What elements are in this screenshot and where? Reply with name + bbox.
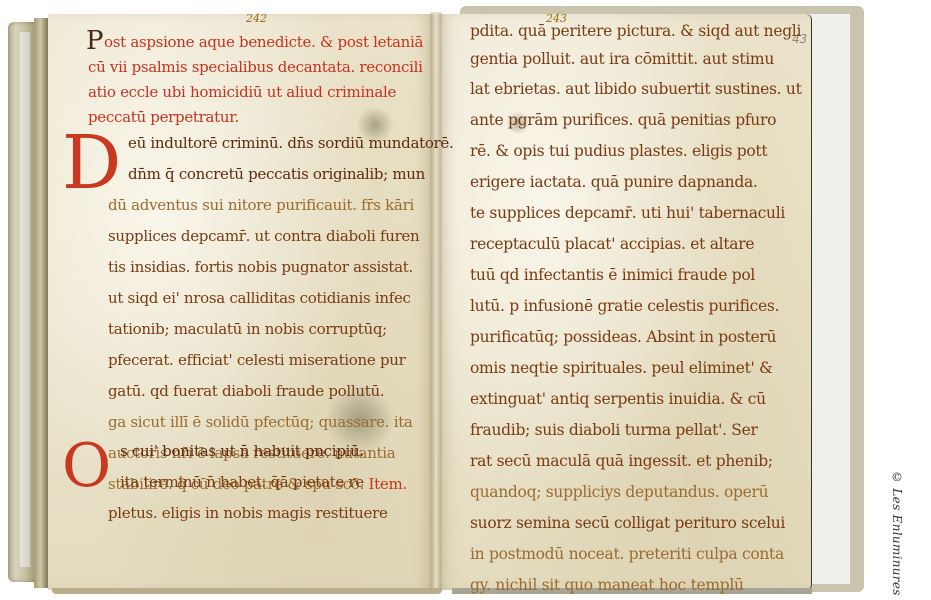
rubric-line: ost aspsione aque benedicte. & post leta… <box>104 30 423 55</box>
text-line: rat secū maculā quā ingessit. et phenib; <box>470 446 802 477</box>
text-line: eū indultorē criminū. dn̄s sordiū mundat… <box>128 128 453 159</box>
rubric-item: Item. <box>369 475 407 493</box>
text-line: gatū. qd fuerat diaboli fraude pollutū. <box>108 376 419 407</box>
left-body-block-3: s cui' bonitas ut n̄ habuit pncipiū. ita… <box>120 436 364 498</box>
text-line: gy. nichil sit quo maneat hoc templū <box>470 570 802 600</box>
text-line: dū adventus sui nitore purificauit. fr̄s… <box>108 190 419 221</box>
open-manuscript: 242 243 43 P ost aspsione aque benedicte… <box>0 0 931 600</box>
rubric-line: atio eccle ubi homicidiū ut aliud crimin… <box>88 80 423 105</box>
decorated-initial-o: O <box>62 436 111 496</box>
text-line: suorz semina secū colligat perituro scel… <box>470 508 802 539</box>
left-bottom-edge <box>52 588 442 594</box>
text-line: dn̄m q̄ concretū peccatis originalib; mu… <box>128 159 453 190</box>
text-line: pdita. quā peritere pictura. & siqd aut … <box>470 18 802 45</box>
copyright-watermark: © Les Enluminures <box>884 470 904 600</box>
text-line: gentia polluit. aut ira cōmittit. aut st… <box>470 45 802 74</box>
gutter-fold <box>430 12 442 592</box>
text-line: tationib; maculatū in nobis corruptūq; <box>108 314 419 345</box>
text-line: ut siqd ei' nrosa calliditas cotidianis … <box>108 283 419 314</box>
text-line: erigere iactata. quā punire dapnanda. <box>470 167 802 198</box>
text-line: fraudib; suis diaboli turma pellat'. Ser <box>470 415 802 446</box>
binding-inner-strip <box>20 32 30 567</box>
text-line: ita terminū n̄ habet. q̄ā pietate re <box>120 467 364 498</box>
right-body-block: pdita. quā peritere pictura. & siqd aut … <box>470 18 802 600</box>
left-rubric-block-cont: cū vii psalmis specialibus decantata. re… <box>88 55 423 136</box>
text-line: ante pgrām purifices. quā penitias pfuro <box>470 105 802 136</box>
text-line: tuū qd infectantis ē inimici fraude pol <box>470 260 802 291</box>
text-line: quandoq; suppliciys deputandus. operū <box>470 477 802 508</box>
text-line: receptaculū placat' accipias. et altare <box>470 229 802 260</box>
text-line: s cui' bonitas ut n̄ habuit pncipiū. <box>120 436 364 467</box>
text-line: te supplices depcamr̄. uti hui' tabernac… <box>470 198 802 229</box>
text-line: in postmodū noceat. preteriti culpa cont… <box>470 539 802 570</box>
decorated-initial-d: D <box>62 126 121 200</box>
text-line: extinguat' antiq serpentis inuidia. & cū <box>470 384 802 415</box>
text-line: omis neqtie spirituales. peul eliminet' … <box>470 353 802 384</box>
text-line: tis insidias. fortis nobis pugnator assi… <box>108 252 419 283</box>
text-line: supplices depcamr̄. ut contra diaboli fu… <box>108 221 419 252</box>
text-line: lat ebrietas. aut libido subuertit susti… <box>470 74 802 105</box>
text-line: purificatūq; possideas. Absint in poster… <box>470 322 802 353</box>
rubric-line: cū vii psalmis specialibus decantata. re… <box>88 55 423 80</box>
text-line: lutū. p infusionē gratie celestis purifi… <box>470 291 802 322</box>
text-line: pfecerat. efficiat' celesti miseratione … <box>108 345 419 376</box>
initial-p: P <box>86 26 104 56</box>
left-rubric-block: ost aspsione aque benedicte. & post leta… <box>104 30 423 55</box>
left-body-block: eū indultorē criminū. dn̄s sordiū mundat… <box>128 128 453 190</box>
left-body-block-4: pletus. eligis in nobis magis restituere <box>108 498 388 529</box>
folio-number-left: 242 <box>246 12 267 25</box>
text-line: ga sicut illī ē solidū pfectūq; quassare… <box>108 407 419 438</box>
text-line: rē. & opis tui pudius plastes. eligis po… <box>470 136 802 167</box>
text-line: pletus. eligis in nobis magis restituere <box>108 498 388 529</box>
